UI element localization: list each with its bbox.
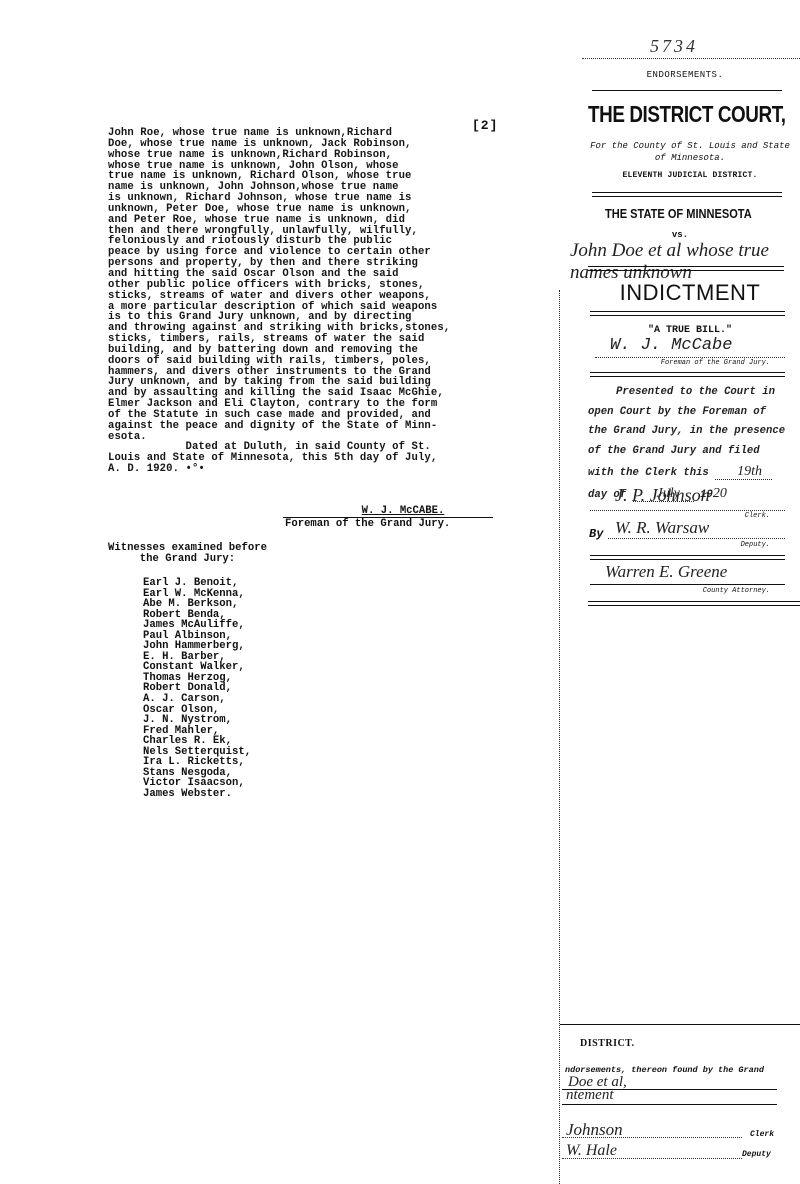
foreman-title: Foreman of the Grand Jury.: [283, 518, 493, 530]
witness-item: Earl J. Benoit,: [143, 578, 251, 589]
plaintiff: THE STATE OF MINNESOTA: [605, 206, 767, 221]
divider: [592, 90, 782, 91]
witness-item: A. J. Carson,: [143, 694, 251, 705]
witness-item: James Webster.: [143, 789, 251, 800]
indictment-body-text: John Roe, whose true name is unknown,Ric…: [108, 128, 528, 475]
signature-line: [608, 538, 785, 539]
presented-line: of the Grand Jury and filed: [588, 442, 796, 462]
body-line: sticks, streams of water and divers othe…: [108, 291, 528, 302]
filed-day: 19th: [715, 464, 772, 480]
filed-year: 20: [713, 486, 727, 501]
signature-line: [562, 1137, 742, 1138]
bottom-clerk-caption: Clerk: [750, 1130, 774, 1139]
endorsement-border: [559, 290, 560, 1184]
endorsements-heading: ENDORSEMENTS.: [590, 70, 780, 80]
scanned-document-page: [2] John Roe, whose true name is unknown…: [0, 0, 800, 1184]
court-subtitle: For the County of St. Louis and State of…: [585, 140, 795, 164]
divider: [560, 1024, 800, 1025]
signature-line: [562, 1158, 742, 1159]
bottom-handwritten-type: ntement: [566, 1087, 613, 1104]
deputy-handwritten-signature: W. R. Warsaw: [615, 518, 709, 538]
bottom-deputy-caption: Deputy: [742, 1150, 771, 1159]
body-line: doors of said building with rails, timbe…: [108, 356, 528, 367]
clerk-caption: Clerk.: [720, 512, 770, 520]
bottom-district-label: DISTRICT.: [580, 1038, 635, 1049]
document-type: INDICTMENT: [590, 280, 790, 306]
foreman-handwritten-signature: W. J. McCabe: [610, 336, 760, 355]
foreman-name: W. J. McCABE.: [283, 506, 493, 518]
county-attorney-caption: County Attorney.: [680, 587, 770, 595]
signature-line: [595, 357, 785, 358]
judicial-district: ELEVENTH JUDICIAL DISTRICT.: [585, 171, 795, 180]
court-title: THE DISTRICT COURT,: [588, 101, 756, 128]
divider: [588, 266, 784, 271]
by-label: By: [589, 527, 603, 541]
file-number: 5734: [650, 36, 698, 57]
clerk-handwritten-signature: J. P. Johnson: [615, 485, 710, 506]
versus-label: vs.: [610, 230, 750, 240]
body-line: and Peter Roe, whose true name is unknow…: [108, 215, 528, 226]
deputy-caption: Deputy.: [720, 541, 770, 549]
divider: [582, 58, 800, 59]
signature-line: [590, 584, 785, 585]
defendant-handwritten: John Doe et al whose true names unknown: [570, 240, 795, 284]
fill-line: [562, 1104, 777, 1105]
presented-line: Presented to the Court in: [588, 383, 796, 403]
divider: [590, 555, 785, 560]
true-bill-label: "A TRUE BILL.": [600, 325, 780, 336]
divider: [592, 192, 782, 197]
presented-line: the Grand Jury, in the presence: [588, 422, 796, 442]
signature-line: [590, 510, 785, 511]
county-attorney-handwritten-signature: Warren E. Greene: [605, 562, 727, 582]
foreman-signature-block: W. J. McCABE. Foreman of the Grand Jury.: [283, 506, 493, 530]
witnesses-heading: Witnesses examined before the Grand Jury…: [108, 543, 267, 565]
body-line: against the peace and dignity of the Sta…: [108, 421, 528, 432]
body-line: whose true name is unknown,Richard Robin…: [108, 150, 528, 161]
divider: [590, 311, 785, 316]
body-line: A. D. 1920. •°•: [108, 464, 528, 475]
divider: [588, 601, 800, 606]
divider: [590, 372, 785, 377]
foreman-caption: Foreman of the Grand Jury.: [640, 359, 770, 367]
witness-list: Earl J. Benoit,Earl W. McKenna,Abe M. Be…: [143, 578, 251, 799]
presented-line: open Court by the Foreman of: [588, 403, 796, 423]
presented-line: with the Clerk this 19th: [588, 462, 796, 484]
